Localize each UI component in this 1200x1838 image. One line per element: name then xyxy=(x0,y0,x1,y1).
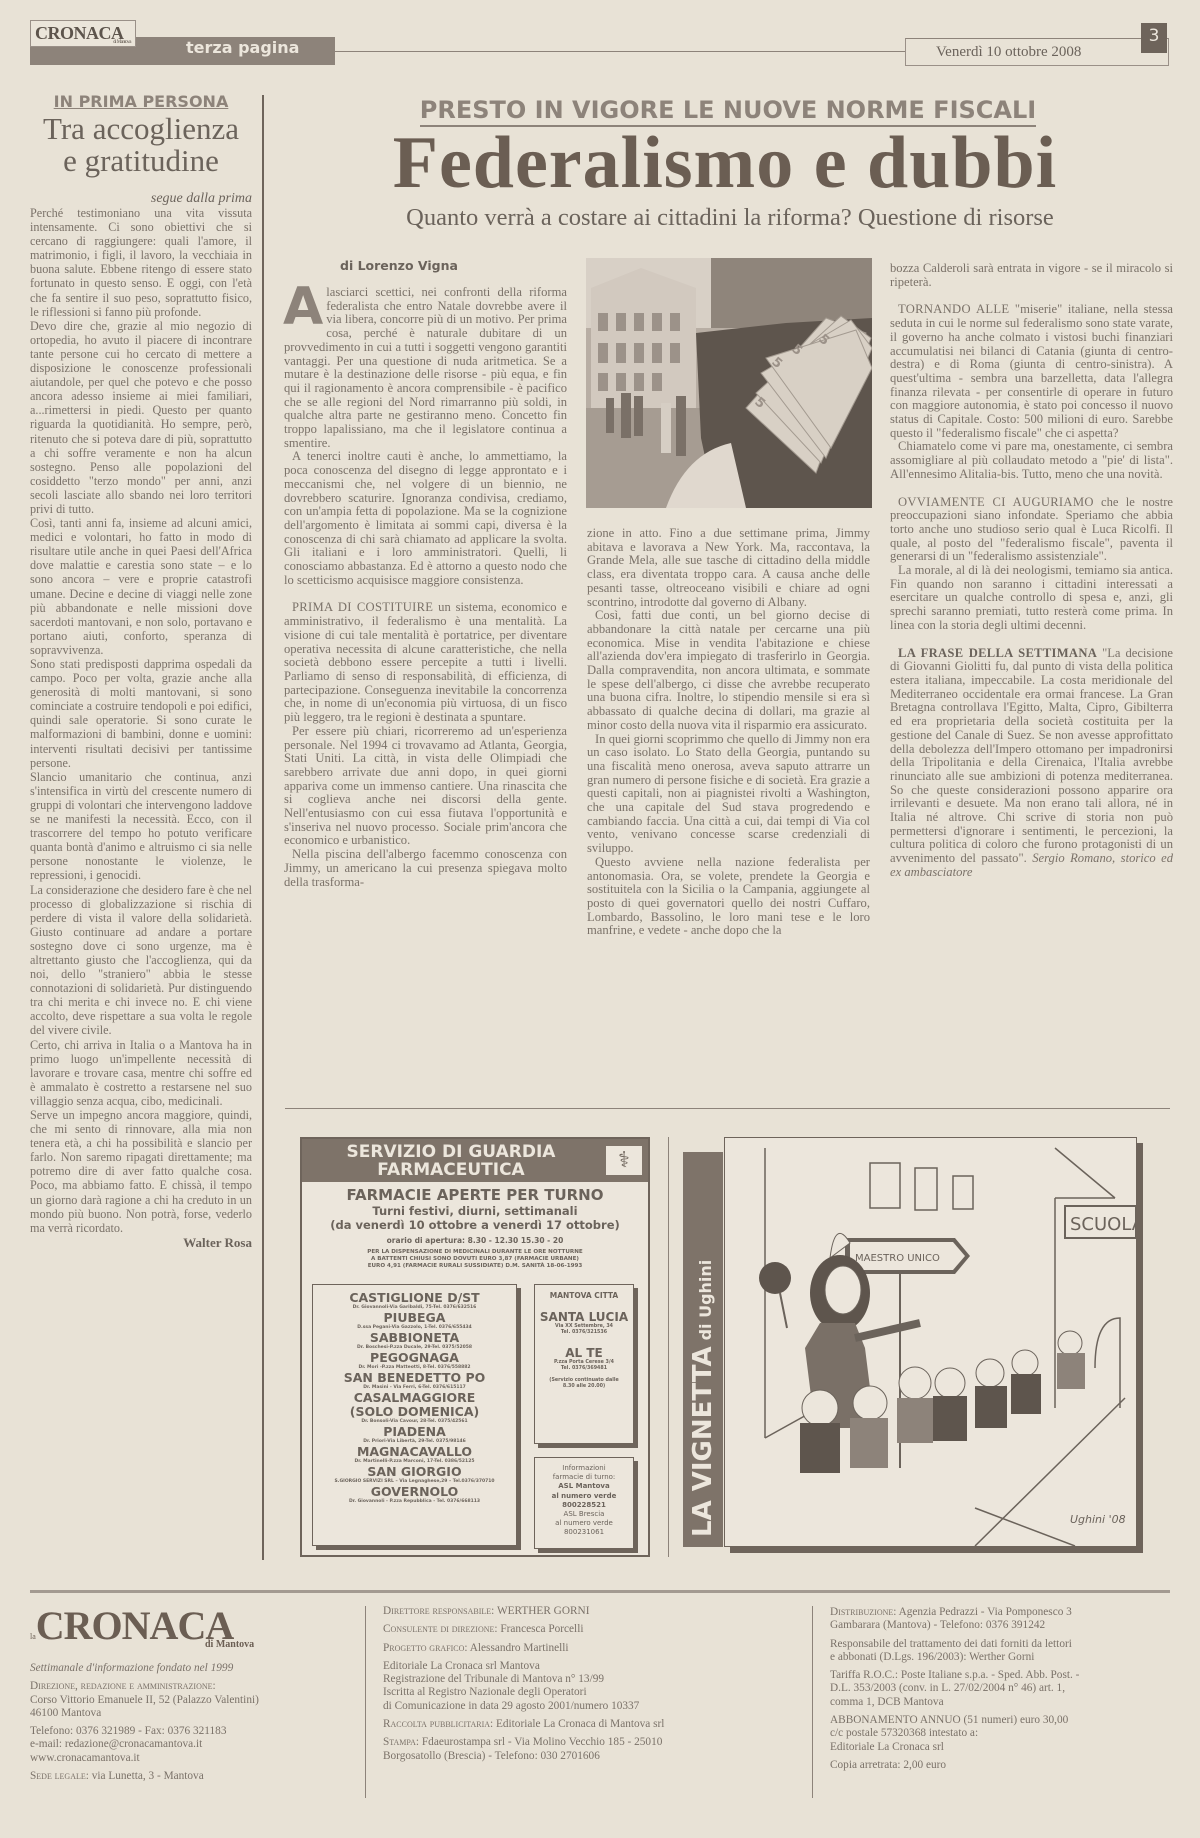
column-divider xyxy=(668,1137,669,1557)
section-name: terza pagina xyxy=(186,38,299,57)
mantova-city-pharmacies: MANTOVA CITTA SANTA LUCIA Via XX Settemb… xyxy=(534,1284,634,1444)
issue-date: Venerdì 10 ottobre 2008 xyxy=(905,38,1169,66)
masthead-logo: laCRONACA xyxy=(30,1602,233,1649)
footer-rule xyxy=(30,1590,1170,1593)
svg-text:MAESTRO UNICO: MAESTRO UNICO xyxy=(855,1253,940,1264)
pharmacy-info-hotline: Informazioni farmacie di turno: ASL Mant… xyxy=(534,1457,634,1549)
main-deck: Quanto verrà a costare ai cittadini la r… xyxy=(290,204,1170,232)
header-rule xyxy=(335,51,905,52)
list-item: SABBIONETADr. Boschesi-P.zza Ducale, 29-… xyxy=(313,1331,516,1351)
list-item: PIUBEGAD.ssa Pegani-Via Gazzolo, 1-Tel. … xyxy=(313,1311,516,1331)
pharmacy-list: CASTIGLIONE D/STDr. Giovannoli-Via Garib… xyxy=(312,1284,517,1546)
cartoon-illustration: SCUOLA MAESTRO UNICO Ughini '08 xyxy=(724,1137,1137,1547)
footer-divider xyxy=(812,1606,813,1798)
list-item: SAN GIORGIOS.GIORGIO SERVIZI SRL – Via L… xyxy=(313,1465,516,1485)
masthead-logo-small: CRONACA di Mantova xyxy=(30,20,136,47)
main-article-column-3: bozza Calderoli sarà entrata in vigore -… xyxy=(890,262,1173,880)
main-headline: Federalismo e dubbi xyxy=(300,124,1150,202)
footer-publisher-info: Settimanale d'informazione fondato nel 1… xyxy=(30,1662,360,1788)
photo-euro-banknotes-icon: 5 5 5 5 xyxy=(586,258,872,508)
website-link[interactable]: www.cronacamantova.it xyxy=(30,1752,140,1764)
footer-editorial-info: Direttore responsabile: WERTHER GORNI Co… xyxy=(383,1605,803,1768)
dropcap: A xyxy=(283,286,323,328)
pharmacy-night-fee-note: PER LA DISPENSAZIONE DI MEDICINALI DURAN… xyxy=(302,1249,648,1270)
footer-distribution-info: Distribuzione: Agenzia Pedrazzi - Via Po… xyxy=(830,1606,1175,1777)
list-item: MAGNACAVALLODr. Martinelli-P.zza Marconi… xyxy=(313,1445,516,1465)
list-item: GOVERNOLODr. Giovannoli - P.zza Repubbli… xyxy=(313,1485,516,1505)
byline: di Lorenzo Vigna xyxy=(340,258,458,273)
cartoon-title: LA VIGNETTAdi Ughini xyxy=(683,1152,723,1547)
email-link[interactable]: e-mail: redazione@cronacamantova.it xyxy=(30,1738,202,1750)
pharmacy-service-box: SERVIZIO DI GUARDIA FARMACEUTICA ⚕ FARMA… xyxy=(300,1137,650,1557)
list-item: SAN BENEDETTO PODr. Masini - Via Ferri, … xyxy=(313,1371,516,1391)
list-item: CASTIGLIONE D/STDr. Giovannoli-Via Garib… xyxy=(313,1291,516,1311)
column-divider xyxy=(262,95,264,1560)
list-item: PEGOGNAGADr. Mori -P.zza Matteotti, 8-Te… xyxy=(313,1351,516,1371)
caduceus-icon: ⚕ xyxy=(606,1146,642,1175)
author-signature: Walter Rosa xyxy=(30,1235,252,1251)
main-kicker: PRESTO IN VIGORE LE NUOVE NORME FISCALI xyxy=(368,96,1088,124)
masthead-logo-sub: di Mantova xyxy=(205,1639,254,1650)
left-article: IN PRIMA PERSONA Tra accoglienza e grati… xyxy=(30,92,252,1251)
footer-divider xyxy=(365,1606,366,1798)
pharmacy-header: SERVIZIO DI GUARDIA FARMACEUTICA ⚕ xyxy=(302,1139,648,1182)
pharmacy-title: FARMACIE APERTE PER TURNO xyxy=(302,1186,648,1204)
left-article-kicker: IN PRIMA PERSONA xyxy=(30,92,252,111)
main-article-column-2: zione in atto. Fino a due settimane prim… xyxy=(587,527,870,938)
list-item: PIADENADr. Priori-Via Libertà, 29-Tel. 0… xyxy=(313,1425,516,1445)
cartoon-drawing-icon: SCUOLA MAESTRO UNICO Ughini '08 xyxy=(725,1138,1136,1546)
section-divider xyxy=(285,1108,1170,1109)
svg-text:SCUOLA: SCUOLA xyxy=(1070,1214,1136,1235)
left-article-title: Tra accoglienza e gratitudine xyxy=(30,113,252,177)
continued-note: segue dalla prima xyxy=(30,191,252,206)
left-article-body: Perché testimoniano una vita vissuta int… xyxy=(30,206,252,1235)
svg-text:Ughini '08: Ughini '08 xyxy=(1070,1513,1126,1526)
main-article-column-1: Alasciarci scettici, nei confronti della… xyxy=(284,286,567,889)
page-number: 3 xyxy=(1141,23,1167,53)
article-photo: 5 5 5 5 xyxy=(586,258,872,508)
list-item: CASALMAGGIORE(SOLO DOMENICA)Dr. Bonsoli-… xyxy=(313,1391,516,1425)
